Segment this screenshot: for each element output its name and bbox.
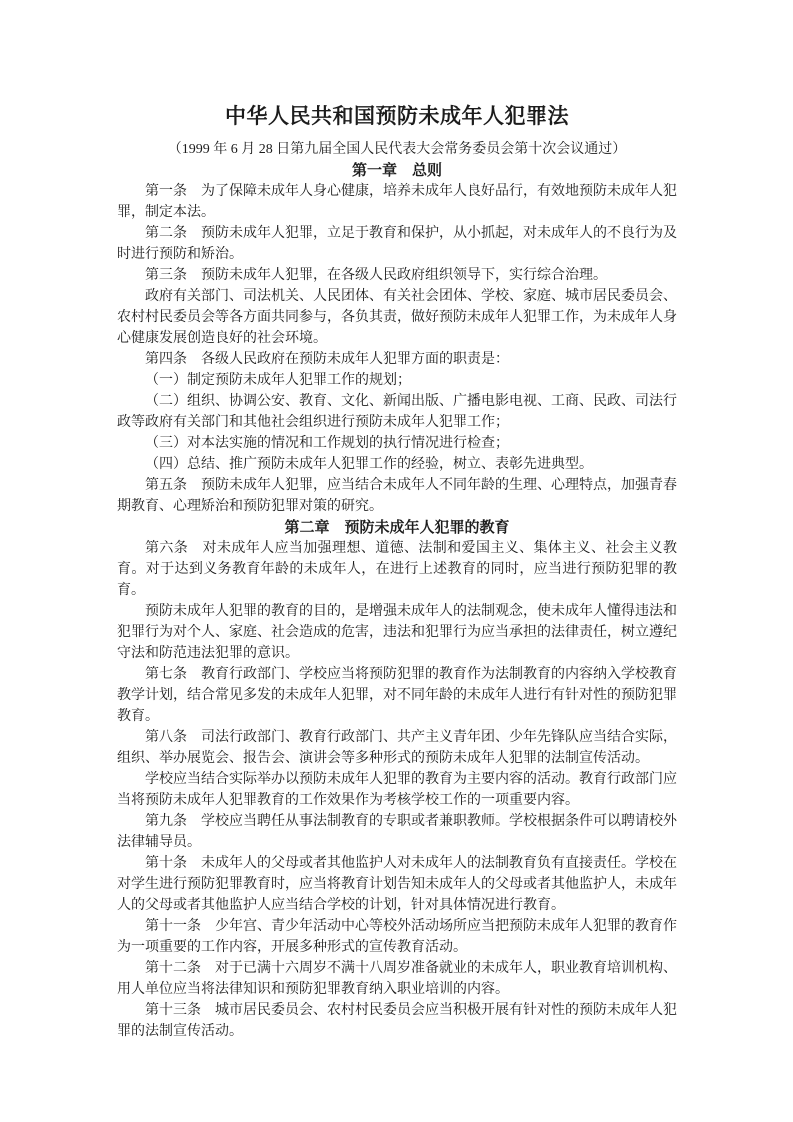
body-paragraph: 第五条 预防未成年人犯罪，应当结合未成年人不同年龄的生理、心理特点，加强青春期教… <box>117 475 677 517</box>
body-paragraph: 第二条 预防未成年人犯罪，立足于教育和保护，从小抓起，对未成年人的不良行为及时进… <box>117 223 677 265</box>
document-subtitle: （1999 年 6 月 28 日第九届全国人民代表大会常务委员会第十次会议通过） <box>117 139 677 160</box>
document-body: 第一章 总则第一条 为了保障未成年人身心健康，培养未成年人良好品行，有效地预防未… <box>117 160 677 1042</box>
body-paragraph: 第十一条 少年宫、青少年活动中心等校外活动场所应当把预防未成年人犯罪的教育作为一… <box>117 916 677 958</box>
body-paragraph: （三）对本法实施的情况和工作规划的执行情况进行检查； <box>117 433 677 454</box>
body-paragraph: 政府有关部门、司法机关、人民团体、有关社会团体、学校、家庭、城市居民委员会、农村… <box>117 286 677 349</box>
body-paragraph: 第一条 为了保障未成年人身心健康，培养未成年人良好品行，有效地预防未成年人犯罪，… <box>117 181 677 223</box>
chapter-heading: 第一章 总则 <box>117 160 677 181</box>
body-paragraph: 第七条 教育行政部门、学校应当将预防犯罪的教育作为法制教育的内容纳入学校教育教学… <box>117 664 677 727</box>
body-paragraph: 第八条 司法行政部门、教育行政部门、共产主义青年团、少年先锋队应当结合实际，组织… <box>117 727 677 769</box>
document-title: 中华人民共和国预防未成年人犯罪法 <box>117 103 677 130</box>
body-paragraph: 第三条 预防未成年人犯罪，在各级人民政府组织领导下，实行综合治理。 <box>117 265 677 286</box>
body-paragraph: （四）总结、推广预防未成年人犯罪工作的经验，树立、表彰先进典型。 <box>117 454 677 475</box>
body-paragraph: （一）制定预防未成年人犯罪工作的规划； <box>117 370 677 391</box>
body-paragraph: 第十条 未成年人的父母或者其他监护人对未成年人的法制教育负有直接责任。学校在对学… <box>117 853 677 916</box>
body-paragraph: 学校应当结合实际举办以预防未成年人犯罪的教育为主要内容的活动。教育行政部门应当将… <box>117 769 677 811</box>
body-paragraph: 第九条 学校应当聘任从事法制教育的专职或者兼职教师。学校根据条件可以聘请校外法律… <box>117 811 677 853</box>
chapter-heading: 第二章 预防未成年人犯罪的教育 <box>117 517 677 538</box>
body-paragraph: 预防未成年人犯罪的教育的目的，是增强未成年人的法制观念，使未成年人懂得违法和犯罪… <box>117 601 677 664</box>
body-paragraph: 第十二条 对于已满十六周岁不满十八周岁准备就业的未成年人，职业教育培训机构、用人… <box>117 958 677 1000</box>
body-paragraph: （二）组织、协调公安、教育、文化、新闻出版、广播电影电视、工商、民政、司法行政等… <box>117 391 677 433</box>
body-paragraph: 第四条 各级人民政府在预防未成年人犯罪方面的职责是： <box>117 349 677 370</box>
body-paragraph: 第十三条 城市居民委员会、农村村民委员会应当积极开展有针对性的预防未成年人犯罪的… <box>117 1000 677 1042</box>
document-page: 中华人民共和国预防未成年人犯罪法 （1999 年 6 月 28 日第九届全国人民… <box>0 0 793 1122</box>
body-paragraph: 第六条 对未成年人应当加强理想、道德、法制和爱国主义、集体主义、社会主义教育。对… <box>117 538 677 601</box>
